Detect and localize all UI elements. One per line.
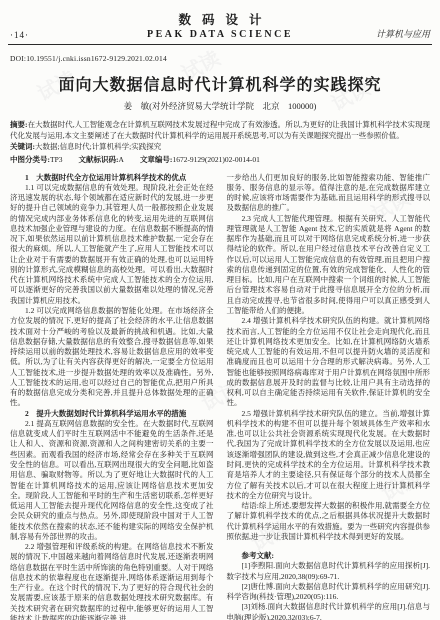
clc-value: TP3 [50,155,63,164]
journal-masthead: 数码设计 PEAK DATA SCIENCE [88,10,352,40]
reference-2: [2]唐仕博.面向大数据信息时代计算机科学的应用研究[J].科学咨询(科技·管理… [227,582,431,603]
article-id-item: 文章编号:1672-9129(2021)02-0014-01 [140,155,260,166]
abstract-label: 摘要: [10,120,28,129]
references-heading: 参考文献: [227,551,431,561]
section-heading-2: 2 提升大数据划时代计算机科学运用水平的措施 [10,409,214,419]
article-id-label: 文章编号: [140,155,173,164]
clc-label: 中图分类号: [10,155,50,164]
abstract-block: 摘要:在大数据时代,人工智能观念在计算机互联网技术发展过程中完成了有效渗透。所以… [10,120,430,141]
doc-code-label: 文献标识码: [79,155,119,164]
left-column: 1 大数据时代全方位运用计算机科学技术的优点 1.1 可以完成数据信息的有效处理… [10,173,214,620]
paragraph-2-2: 2.2 增强管理和评级系统的构建。在网络信息技术不断发展的情况下,中国越来越向着… [10,542,214,620]
section-heading-1: 1 大数据时代全方位运用计算机科学技术的优点 [10,173,214,183]
paragraph-1-2: 1.2 可以完成网络信息数据的智能化处理。在市场经济全方位发展的情况下,更好的提… [10,306,214,409]
doc-code-value: A [119,155,124,164]
paragraph-1-1: 1.1 可以完成数据信息的有效处理。现阶段,社会正处在经济迅速发展的状态,每个领… [10,183,214,306]
section-column-label: 计算机与应用 [352,27,430,40]
keywords-text: 大数据;信息时代;计算机科学;实践探究 [35,142,161,151]
reference-3: [3]刘杨.面向大数据信息时代计算机科学的应用[J].信息与电脑(理论版),20… [227,602,431,620]
reference-1: [1]李煦阳.面向大数据信息时代计算机科学的应用探析[J].数字技术与应用,20… [227,561,431,582]
paragraph-2-1: 2.1 提高互联网信息数据的安全性。在大数据时代,互联网信息就变成人们平时生互联… [10,419,214,542]
conclusion-paragraph: 结语:综上所述,要想发挥大数据的积极作用,就需要全方位了解计算机科学技术的优点,… [227,501,431,542]
paragraph-2-5: 2.5 增强计算机科学技术研究队伍的建立。当前,增强计算机科学技术的构建不但可以… [227,409,431,501]
journal-name-cn: 数码设计 [88,10,352,28]
clc-item: 中图分类号:TP3 [10,155,63,166]
author-line: 姜 敏(对外经济贸易大学统计学院 北京 100000) [0,100,440,112]
body-columns: 1 大数据时代全方位运用计算机科学技术的优点 1.1 可以完成数据信息的有效处理… [10,173,430,620]
doc-code-item: 文献标识码:A [79,155,124,166]
classification-row: 中图分类号:TP3 文献标识码:A 文章编号:1672-9129(2021)02… [10,155,430,166]
article-title: 面向大数据信息时代计算机科学的实践探究 [0,72,440,95]
journal-name-en: PEAK DATA SCIENCE [88,29,352,40]
right-column: 一步给出人们更加良好的服务,比如智能搜索功能、智能推广服务、服务信息的显示等。值… [227,173,431,620]
abstract-text: 在大数据时代,人工智能观念在计算机互联网技术发展过程中完成了有效渗透。所以,为更… [10,120,430,140]
paragraph-2-2-continued: 一步给出人们更加良好的服务,比如智能搜索功能、智能推广服务、服务信息的显示等。值… [227,173,431,214]
keywords-block: 关键词:大数据;信息时代;计算机科学;实践探究 [10,142,430,153]
header-rule [8,44,432,45]
page-number: ·14· [10,30,88,40]
keywords-label: 关键词: [10,142,35,151]
paragraph-2-3: 2.3 完成人工智能代理管理。根据有关研究、人工智能代理管理就是人工智能 Age… [227,214,431,317]
article-id-value: 1672-9129(2021)02-0014-01 [172,155,260,164]
paper-page: 试读 试读 试读 试读 试读 试读 试读 试读 试读 试读 试读 试读 ·14·… [0,0,440,620]
doi-line: DOI:10.19551/j.cnki.issn1672-9129.2021.0… [10,54,430,63]
paragraph-2-4: 2.4 增强计算机科学技术研究队伍的构建。就计算机网络技术而言,人工智能的全方位… [227,316,431,408]
page-header: ·14· 数码设计 PEAK DATA SCIENCE 计算机与应用 [0,0,440,42]
